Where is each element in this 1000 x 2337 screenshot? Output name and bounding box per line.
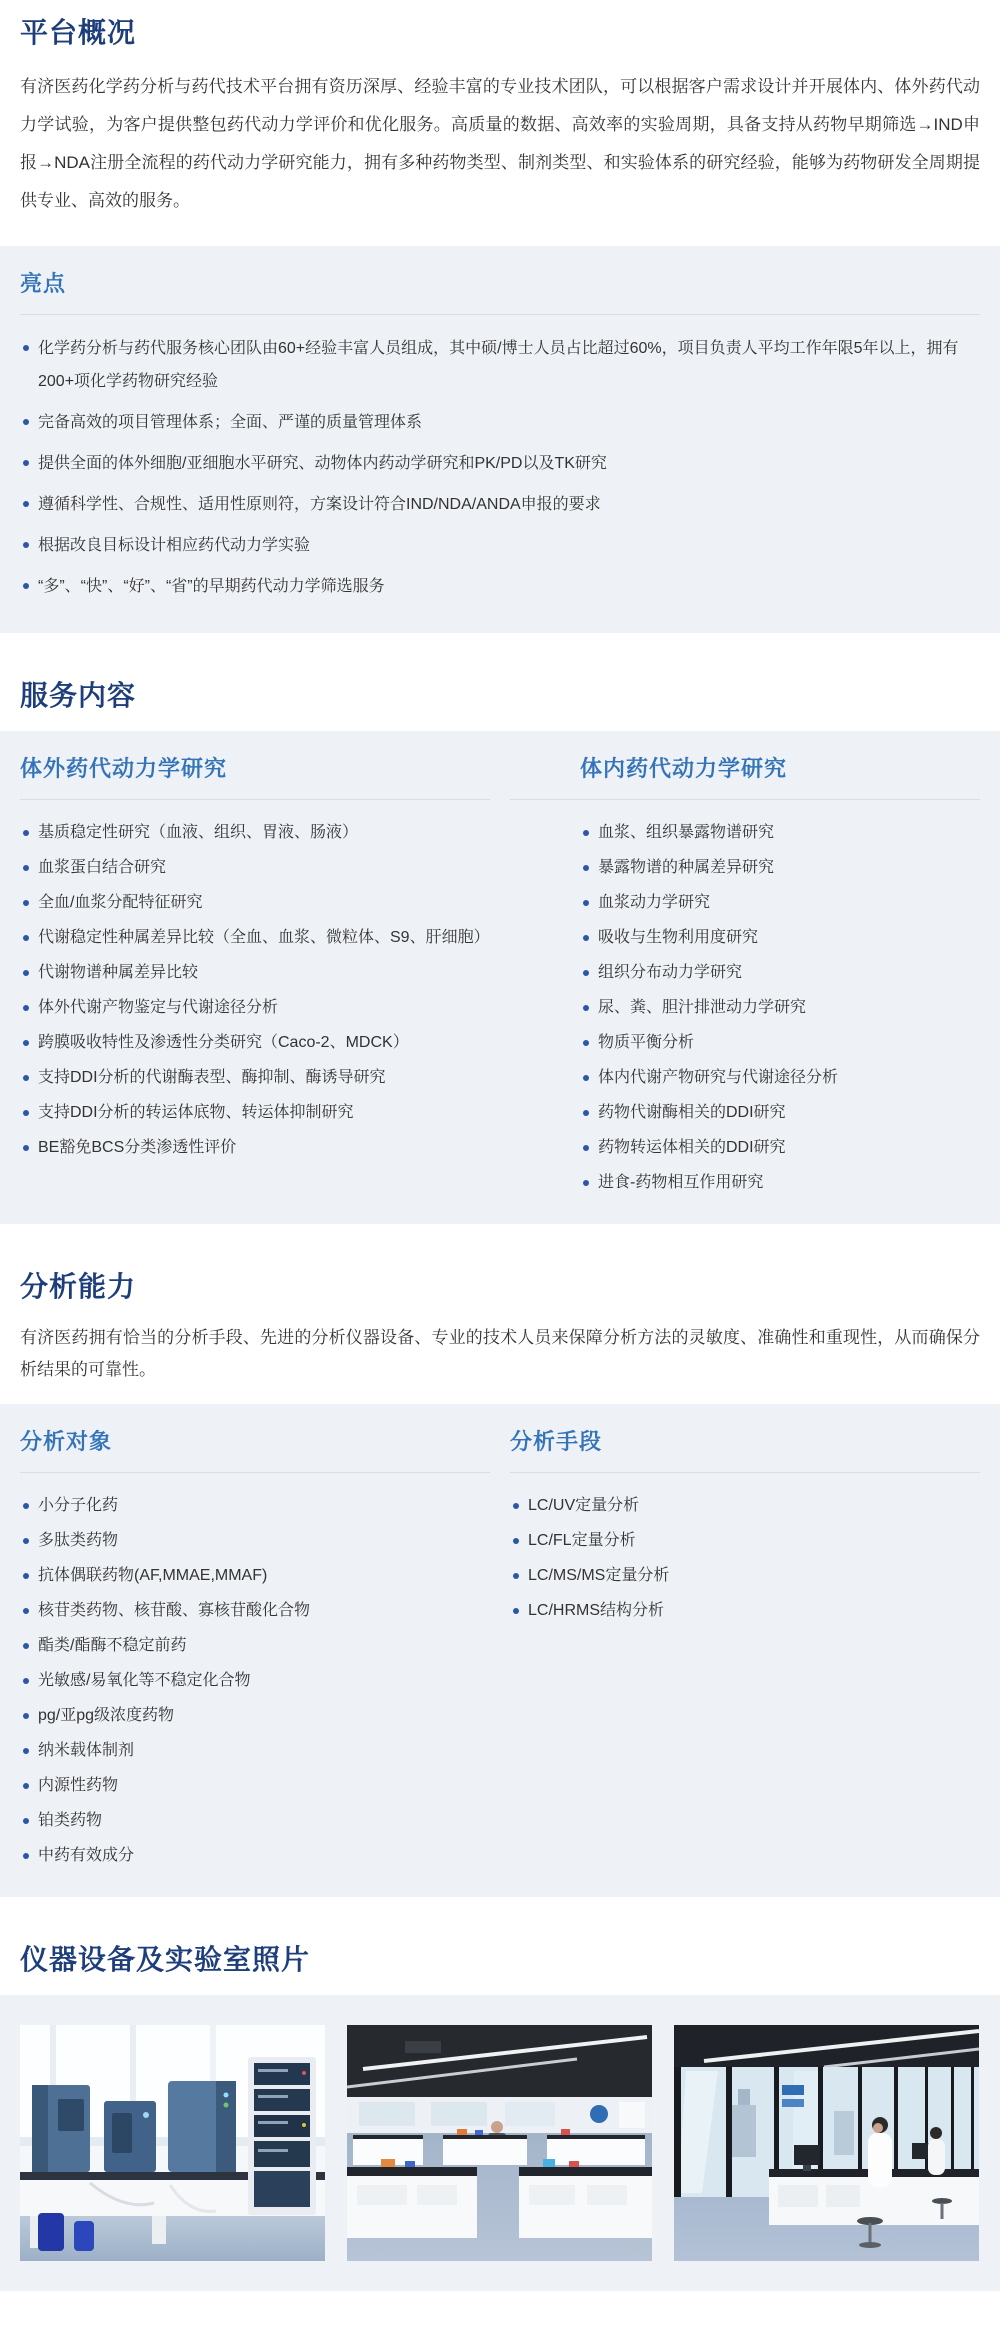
list-item-text: LC/HRMS结构分析 bbox=[528, 1602, 664, 1619]
lab-instruments-illustration bbox=[20, 2025, 325, 2261]
analysis-columns: 分析对象 小分子化药 多肽类药物 bbox=[20, 1428, 980, 1875]
list-item-text: 提供全面的体外细胞/亚细胞水平研究、动物体内药动学研究和PK/PD以及TK研究 bbox=[38, 455, 607, 472]
list-item-text: 核苷类药物、核苷酸、寡核苷酸化合物 bbox=[38, 1602, 310, 1619]
list-item-text: 进食-药物相互作用研究 bbox=[598, 1174, 763, 1191]
section-overview: 平台概况 有济医药化学药分析与药代技术平台拥有资历深厚、经验丰富的专业技术团队，… bbox=[0, 16, 1000, 220]
bullet-icon bbox=[583, 970, 589, 976]
bullet-icon bbox=[583, 1005, 589, 1011]
list-item-text: 物质平衡分析 bbox=[598, 1034, 694, 1051]
list-item-text: 支持DDI分析的代谢酶表型、酶抑制、酶诱导研究 bbox=[38, 1069, 386, 1086]
analysis-title: 分析能力 bbox=[20, 1270, 980, 1304]
bullet-icon bbox=[23, 865, 29, 871]
bullet-icon bbox=[23, 1110, 29, 1116]
list-item: 血浆动力学研究 bbox=[580, 887, 980, 919]
divider bbox=[510, 1472, 980, 1473]
list-item: 支持DDI分析的代谢酶表型、酶抑制、酶诱导研究 bbox=[20, 1062, 490, 1094]
list-item-text: 代谢稳定性种属差异比较（全血、血浆、微粒体、S9、肝细胞） bbox=[38, 929, 490, 946]
list-item-text: 内源性药物 bbox=[38, 1777, 118, 1794]
section-services: 体外药代动力学研究 基质稳定性研究（血液、组织、胃液、肠液） 血浆蛋白结合研究 bbox=[0, 731, 1000, 1224]
bullet-icon bbox=[23, 1783, 29, 1789]
list-item-text: 跨膜吸收特性及渗透性分类研究（Caco-2、MDCK） bbox=[38, 1034, 409, 1051]
list-item-text: 中药有效成分 bbox=[38, 1847, 134, 1864]
list-item-text: 体内代谢产物研究与代谢途径分析 bbox=[598, 1069, 838, 1086]
bullet-icon bbox=[23, 1608, 29, 1614]
list-item: 遵循科学性、合规性、适用性原则符，方案设计符合IND/NDA/ANDA申报的要求 bbox=[20, 488, 980, 521]
services-col-in-vivo: 体内药代动力学研究 血浆、组织暴露物谱研究 暴露物谱的种属差异研究 bbox=[510, 755, 980, 1202]
bullet-icon bbox=[23, 1573, 29, 1579]
list-item-text: LC/UV定量分析 bbox=[528, 1497, 639, 1514]
list-item-text: 根据改良目标设计相应药代动力学实验 bbox=[38, 537, 310, 554]
list-item: 中药有效成分 bbox=[20, 1840, 490, 1872]
bullet-icon bbox=[583, 1040, 589, 1046]
in-vitro-list: 基质稳定性研究（血液、组织、胃液、肠液） 血浆蛋白结合研究 全血/血浆分配特征研… bbox=[20, 817, 490, 1164]
bullet-icon bbox=[583, 1180, 589, 1186]
section-photos bbox=[0, 1995, 1000, 2291]
in-vitro-title: 体外药代动力学研究 bbox=[20, 755, 490, 783]
bullet-icon bbox=[583, 865, 589, 871]
list-item: 尿、粪、胆汁排泄动力学研究 bbox=[580, 992, 980, 1024]
list-item: 抗体偶联药物(AF,MMAE,MMAF) bbox=[20, 1560, 490, 1592]
list-item-text: 遵循科学性、合规性、适用性原则符，方案设计符合IND/NDA/ANDA申报的要求 bbox=[38, 496, 601, 513]
list-item: 内源性药物 bbox=[20, 1770, 490, 1802]
bullet-icon bbox=[23, 460, 29, 466]
analysis-targets-list: 小分子化药 多肽类药物 抗体偶联药物(AF,MMAE,MMAF) bbox=[20, 1490, 490, 1872]
list-item-text: 血浆蛋白结合研究 bbox=[38, 859, 166, 876]
bullet-icon bbox=[23, 1040, 29, 1046]
analysis-targets-title: 分析对象 bbox=[20, 1428, 490, 1456]
list-item: 物质平衡分析 bbox=[580, 1027, 980, 1059]
divider bbox=[20, 1472, 490, 1473]
lab-photo-instruments bbox=[20, 2025, 325, 2261]
analysis-col-targets: 分析对象 小分子化药 多肽类药物 bbox=[20, 1428, 490, 1875]
list-item-text: 多肽类药物 bbox=[38, 1532, 118, 1549]
bullet-icon bbox=[23, 1145, 29, 1151]
list-item: BE豁免BCS分类渗透性评价 bbox=[20, 1132, 490, 1164]
bullet-icon bbox=[23, 345, 29, 351]
list-item: 根据改良目标设计相应药代动力学实验 bbox=[20, 529, 980, 562]
bullet-icon bbox=[583, 1145, 589, 1151]
list-item: 跨膜吸收特性及渗透性分类研究（Caco-2、MDCK） bbox=[20, 1027, 490, 1059]
in-vivo-title: 体内药代动力学研究 bbox=[580, 755, 980, 783]
lab-photo-glass-corridor bbox=[674, 2025, 979, 2261]
bullet-icon bbox=[23, 583, 29, 589]
list-item: 吸收与生物利用度研究 bbox=[580, 922, 980, 954]
list-item-text: 尿、粪、胆汁排泄动力学研究 bbox=[598, 999, 806, 1016]
list-item: 多肽类药物 bbox=[20, 1525, 490, 1557]
overview-paragraph: 有济医药化学药分析与药代技术平台拥有资历深厚、经验丰富的专业技术团队，可以根据客… bbox=[20, 68, 980, 220]
list-item: LC/MS/MS定量分析 bbox=[510, 1560, 980, 1592]
list-item: 体内代谢产物研究与代谢途径分析 bbox=[580, 1062, 980, 1094]
list-item-text: 吸收与生物利用度研究 bbox=[598, 929, 758, 946]
divider bbox=[510, 799, 980, 800]
analysis-methods-title: 分析手段 bbox=[510, 1428, 980, 1456]
photos-title: 仪器设备及实验室照片 bbox=[20, 1943, 980, 1977]
divider bbox=[20, 314, 980, 315]
lab-photo-open-lab bbox=[347, 2025, 652, 2261]
in-vivo-list: 血浆、组织暴露物谱研究 暴露物谱的种属差异研究 血浆动力学研究 bbox=[580, 817, 980, 1199]
list-item: 代谢稳定性种属差异比较（全血、血浆、微粒体、S9、肝细胞） bbox=[20, 922, 490, 954]
bullet-icon bbox=[513, 1573, 519, 1579]
analysis-col-methods: 分析手段 LC/UV定量分析 LC/FL定量分析 bbox=[510, 1428, 980, 1875]
list-item-text: 抗体偶联药物(AF,MMAE,MMAF) bbox=[38, 1567, 267, 1584]
list-item: 全血/血浆分配特征研究 bbox=[20, 887, 490, 919]
bullet-icon bbox=[583, 1075, 589, 1081]
bullet-icon bbox=[583, 900, 589, 906]
list-item: 进食-药物相互作用研究 bbox=[580, 1167, 980, 1199]
list-item-text: 小分子化药 bbox=[38, 1497, 118, 1514]
list-item: 代谢物谱种属差异比较 bbox=[20, 957, 490, 989]
analysis-methods-list: LC/UV定量分析 LC/FL定量分析 LC/MS/MS定量分析 bbox=[510, 1490, 980, 1627]
list-item: 光敏感/易氧化等不稳定化合物 bbox=[20, 1665, 490, 1697]
bullet-icon bbox=[23, 1643, 29, 1649]
bullet-icon bbox=[23, 900, 29, 906]
highlights-list: 化学药分析与药代服务核心团队由60+经验丰富人员组成，其中硕/博士人员占比超过6… bbox=[20, 332, 980, 603]
list-item: 暴露物谱的种属差异研究 bbox=[580, 852, 980, 884]
list-item: 核苷类药物、核苷酸、寡核苷酸化合物 bbox=[20, 1595, 490, 1627]
list-item: 酯类/酯酶不稳定前药 bbox=[20, 1630, 490, 1662]
list-item-text: 药物转运体相关的DDI研究 bbox=[598, 1139, 786, 1156]
list-item-text: 暴露物谱的种属差异研究 bbox=[598, 859, 774, 876]
overview-title: 平台概况 bbox=[20, 16, 980, 50]
list-item-text: pg/亚pg级浓度药物 bbox=[38, 1707, 174, 1724]
bullet-icon bbox=[583, 935, 589, 941]
bullet-icon bbox=[23, 1818, 29, 1824]
bullet-icon bbox=[23, 1503, 29, 1509]
bullet-icon bbox=[23, 501, 29, 507]
list-item-text: 体外代谢产物鉴定与代谢途径分析 bbox=[38, 999, 278, 1016]
list-item: 提供全面的体外细胞/亚细胞水平研究、动物体内药动学研究和PK/PD以及TK研究 bbox=[20, 447, 980, 480]
list-item-text: 完备高效的项目管理体系；全面、严谨的质量管理体系 bbox=[38, 414, 422, 431]
list-item-text: LC/FL定量分析 bbox=[528, 1532, 636, 1549]
list-item-text: 药物代谢酶相关的DDI研究 bbox=[598, 1104, 786, 1121]
list-item: 组织分布动力学研究 bbox=[580, 957, 980, 989]
list-item: 体外代谢产物鉴定与代谢途径分析 bbox=[20, 992, 490, 1024]
list-item-text: LC/MS/MS定量分析 bbox=[528, 1567, 669, 1584]
section-highlights: 亮点 化学药分析与药代服务核心团队由60+经验丰富人员组成，其中硕/博士人员占比… bbox=[0, 246, 1000, 633]
list-item: pg/亚pg级浓度药物 bbox=[20, 1700, 490, 1732]
list-item: LC/FL定量分析 bbox=[510, 1525, 980, 1557]
bullet-icon bbox=[23, 1748, 29, 1754]
bullet-icon bbox=[583, 1110, 589, 1116]
list-item-text: 血浆、组织暴露物谱研究 bbox=[598, 824, 774, 841]
list-item-text: 血浆动力学研究 bbox=[598, 894, 710, 911]
list-item-text: 酯类/酯酶不稳定前药 bbox=[38, 1637, 186, 1654]
list-item: LC/UV定量分析 bbox=[510, 1490, 980, 1522]
list-item: 支持DDI分析的转运体底物、转运体抑制研究 bbox=[20, 1097, 490, 1129]
list-item: 纳米载体制剂 bbox=[20, 1735, 490, 1767]
bullet-icon bbox=[23, 419, 29, 425]
bullet-icon bbox=[513, 1538, 519, 1544]
bullet-icon bbox=[23, 1853, 29, 1859]
list-item-text: BE豁免BCS分类渗透性评价 bbox=[38, 1139, 236, 1156]
list-item-text: 纳米载体制剂 bbox=[38, 1742, 134, 1759]
glass-lab-illustration bbox=[674, 2025, 979, 2261]
list-item-text: 组织分布动力学研究 bbox=[598, 964, 742, 981]
bullet-icon bbox=[513, 1608, 519, 1614]
bullet-icon bbox=[23, 1678, 29, 1684]
list-item-text: 化学药分析与药代服务核心团队由60+经验丰富人员组成，其中硕/博士人员占比超过6… bbox=[38, 340, 959, 390]
list-item: 铂类药物 bbox=[20, 1805, 490, 1837]
list-item: 血浆、组织暴露物谱研究 bbox=[580, 817, 980, 849]
list-item: 化学药分析与药代服务核心团队由60+经验丰富人员组成，其中硕/博士人员占比超过6… bbox=[20, 332, 980, 398]
highlights-title: 亮点 bbox=[20, 270, 980, 298]
list-item-text: “多”、“快”、“好”、“省”的早期药代动力学筛选服务 bbox=[38, 578, 385, 595]
page: 平台概况 有济医药化学药分析与药代技术平台拥有资历深厚、经验丰富的专业技术团队，… bbox=[0, 0, 1000, 2337]
bullet-icon bbox=[583, 830, 589, 836]
list-item-text: 光敏感/易氧化等不稳定化合物 bbox=[38, 1672, 250, 1689]
open-lab-illustration bbox=[347, 2025, 652, 2261]
bullet-icon bbox=[23, 1538, 29, 1544]
services-title: 服务内容 bbox=[20, 679, 980, 713]
bullet-icon bbox=[23, 830, 29, 836]
list-item-text: 全血/血浆分配特征研究 bbox=[38, 894, 202, 911]
list-item: LC/HRMS结构分析 bbox=[510, 1595, 980, 1627]
list-item: 小分子化药 bbox=[20, 1490, 490, 1522]
list-item: 基质稳定性研究（血液、组织、胃液、肠液） bbox=[20, 817, 490, 849]
list-item: 血浆蛋白结合研究 bbox=[20, 852, 490, 884]
list-item: 药物转运体相关的DDI研究 bbox=[580, 1132, 980, 1164]
list-item-text: 铂类药物 bbox=[38, 1812, 102, 1829]
bullet-icon bbox=[513, 1503, 519, 1509]
list-item: “多”、“快”、“好”、“省”的早期药代动力学筛选服务 bbox=[20, 570, 980, 603]
divider bbox=[20, 799, 490, 800]
bullet-icon bbox=[23, 1713, 29, 1719]
photo-row bbox=[20, 2025, 980, 2261]
bullet-icon bbox=[23, 970, 29, 976]
section-analysis: 分析对象 小分子化药 多肽类药物 bbox=[0, 1404, 1000, 1897]
list-item: 完备高效的项目管理体系；全面、严谨的质量管理体系 bbox=[20, 406, 980, 439]
bullet-icon bbox=[23, 1005, 29, 1011]
analysis-paragraph: 有济医药拥有恰当的分析手段、先进的分析仪器设备、专业的技术人员来保障分析方法的灵… bbox=[20, 1322, 980, 1386]
list-item-text: 基质稳定性研究（血液、组织、胃液、肠液） bbox=[38, 824, 358, 841]
list-item: 药物代谢酶相关的DDI研究 bbox=[580, 1097, 980, 1129]
bullet-icon bbox=[23, 935, 29, 941]
services-columns: 体外药代动力学研究 基质稳定性研究（血液、组织、胃液、肠液） 血浆蛋白结合研究 bbox=[20, 755, 980, 1202]
bullet-icon bbox=[23, 542, 29, 548]
bottom-spacer bbox=[0, 2291, 1000, 2337]
bullet-icon bbox=[23, 1075, 29, 1081]
list-item-text: 支持DDI分析的转运体底物、转运体抑制研究 bbox=[38, 1104, 354, 1121]
services-col-in-vitro: 体外药代动力学研究 基质稳定性研究（血液、组织、胃液、肠液） 血浆蛋白结合研究 bbox=[20, 755, 490, 1202]
list-item-text: 代谢物谱种属差异比较 bbox=[38, 964, 198, 981]
